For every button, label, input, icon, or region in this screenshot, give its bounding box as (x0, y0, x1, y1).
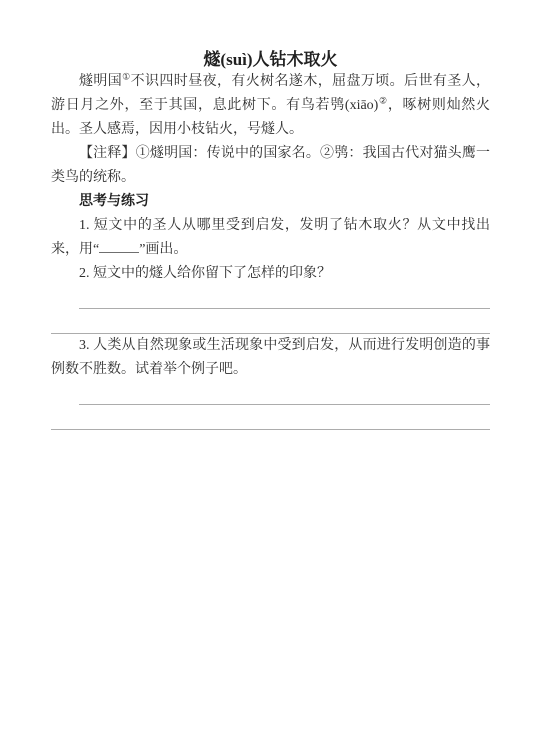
answer-line-q2-first (79, 308, 490, 309)
passage-paragraph: 燧明国①不识四时昼夜，有火树名遂木，屈盘万顷。后世有圣人，游日月之外，至于其国，… (51, 70, 490, 142)
page-title: 燧(suì)人钻木取火 (51, 0, 490, 70)
worksheet-page: 燧(suì)人钻木取火 燧明国①不识四时昼夜，有火树名遂木，屈盘万顷。后世有圣人… (0, 0, 542, 754)
question-3: 3. 人类从自然现象或生活现象中受到启发，从而进行发明创造的事例数不胜数。试着举… (51, 334, 490, 382)
notes-paragraph: 【注释】①燧明国：传说中的国家名。②鸮：我国古代对猫头鹰一类鸟的统称。 (51, 142, 490, 190)
exercises-header: 思考与练习 (51, 190, 490, 214)
question-1-text-after: ”画出。 (139, 242, 187, 257)
answer-line-q3-first (79, 404, 490, 405)
question-1: 1. 短文中的圣人从哪里受到启发，发明了钻木取火？从文中找出来，用“”画出。 (51, 214, 490, 262)
footnote-marker-2: ② (378, 95, 387, 105)
answer-line-q3-second (51, 429, 490, 430)
question-2: 2. 短文中的燧人给你留下了怎样的印象？ (51, 262, 490, 286)
passage-text-1: 燧明国 (79, 74, 122, 89)
footnote-marker-1: ① (122, 71, 130, 81)
question-1-inline-blank (99, 239, 139, 253)
